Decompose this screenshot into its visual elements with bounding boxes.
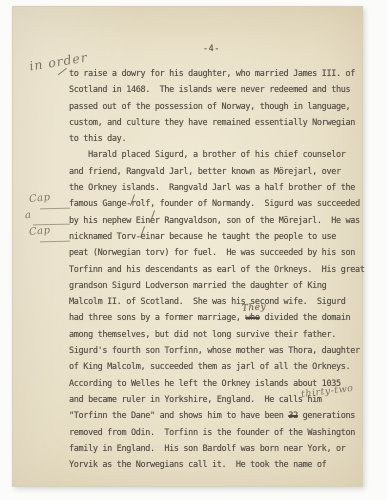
typed-line: to raise a dowry for his daughter, who m… (69, 66, 361, 82)
line-segment: famous Gange- (69, 199, 131, 209)
line-segment: had three sons by a former marriage, (69, 313, 245, 323)
typed-line: and became ruler in Yorkshire, England. … (69, 392, 361, 408)
line-segment: by his nephew Ein (69, 216, 150, 226)
typed-text-block: to raise a dowry for his daughter, who m… (69, 66, 361, 473)
typed-line: custom, and culture they have remained e… (69, 115, 361, 131)
line-segment: "Torfinn the Dane" and shows him to have… (69, 411, 288, 421)
proofreader-cap-mark: Cap (28, 192, 51, 205)
typed-line: removed from Odin. Torfinn is the founde… (69, 425, 361, 441)
line-segment: generations (298, 411, 355, 421)
scan-background: -4- in order Cap a Cap thirty-two to rai… (0, 0, 387, 500)
typed-line: the Orkney islands. Rangvald Jarl was a … (69, 180, 361, 196)
page-number: -4- (203, 44, 220, 54)
typed-line: According to Welles he left the Orkney i… (69, 376, 361, 392)
typed-line-with-strikeout: "Torfinn the Dane" and shows him to have… (69, 408, 361, 424)
typed-line: among themselves, but did not long survi… (69, 327, 361, 343)
typed-line: to this day. (69, 131, 361, 147)
slashed-letter: r (131, 196, 136, 212)
typed-line: Scotland in 1468. The islands were never… (69, 82, 361, 98)
line-segment: nicknamed Torv- (69, 232, 141, 242)
slashed-letter: e (141, 229, 146, 245)
proof-mark-line (40, 241, 70, 243)
typed-line-with-strikeout: had three sons by a former marriage, The… (69, 310, 361, 326)
line-segment: divided the domain (260, 313, 351, 323)
typed-line: passed out of the possession of Norway, … (69, 99, 361, 115)
typed-line: Sigurd's fourth son Torfinn, whose mothe… (69, 343, 361, 359)
typed-line: Malcolm II. of Scotland. She was his sec… (69, 294, 361, 310)
proofreader-letter-a-mark: a (24, 210, 32, 222)
typed-line-with-letter-edit: by his nephew Einer Rangvaldson, son of … (69, 213, 361, 229)
proofreader-cap-mark: Cap (28, 225, 51, 238)
typed-line: peat (Norwegian torv) for fuel. He was s… (69, 245, 361, 261)
struck-number: 32 (288, 411, 298, 421)
typed-line: and friend, Rangvald Jarl, better known … (69, 164, 361, 180)
typed-line: Harald placed Sigurd, a brother of his c… (69, 147, 361, 163)
line-segment: r Rangvaldson, son of the Mörejarl. He w… (155, 216, 360, 226)
slashed-letter: e (150, 213, 155, 229)
typed-line: of King Malcolm, succeeded them as jarl … (69, 359, 361, 375)
typed-line: Torfinn and his descendants as earl of t… (69, 262, 361, 278)
typed-line-with-cap-edit: nicknamed Torv-einar because he taught t… (69, 229, 361, 245)
strikeout-edit: Theywho (245, 310, 259, 326)
typed-line: grandson Sigurd Lodverson married the da… (69, 278, 361, 294)
line-segment: olf, founder of Normandy. Sigurd was suc… (136, 199, 360, 209)
line-segment: inar because he taught the people to use (145, 232, 336, 242)
typed-line-with-cap-edit: famous Gange-rolf, founder of Normandy. … (69, 196, 361, 212)
typed-line: Yorvik as the Norwegians call it. He too… (69, 457, 361, 473)
page: -4- in order Cap a Cap thirty-two to rai… (12, 6, 363, 487)
proof-mark-line (40, 208, 70, 210)
handwritten-note-they: They (242, 300, 267, 318)
typed-line: family in England. His son Bardolf was b… (69, 441, 361, 457)
